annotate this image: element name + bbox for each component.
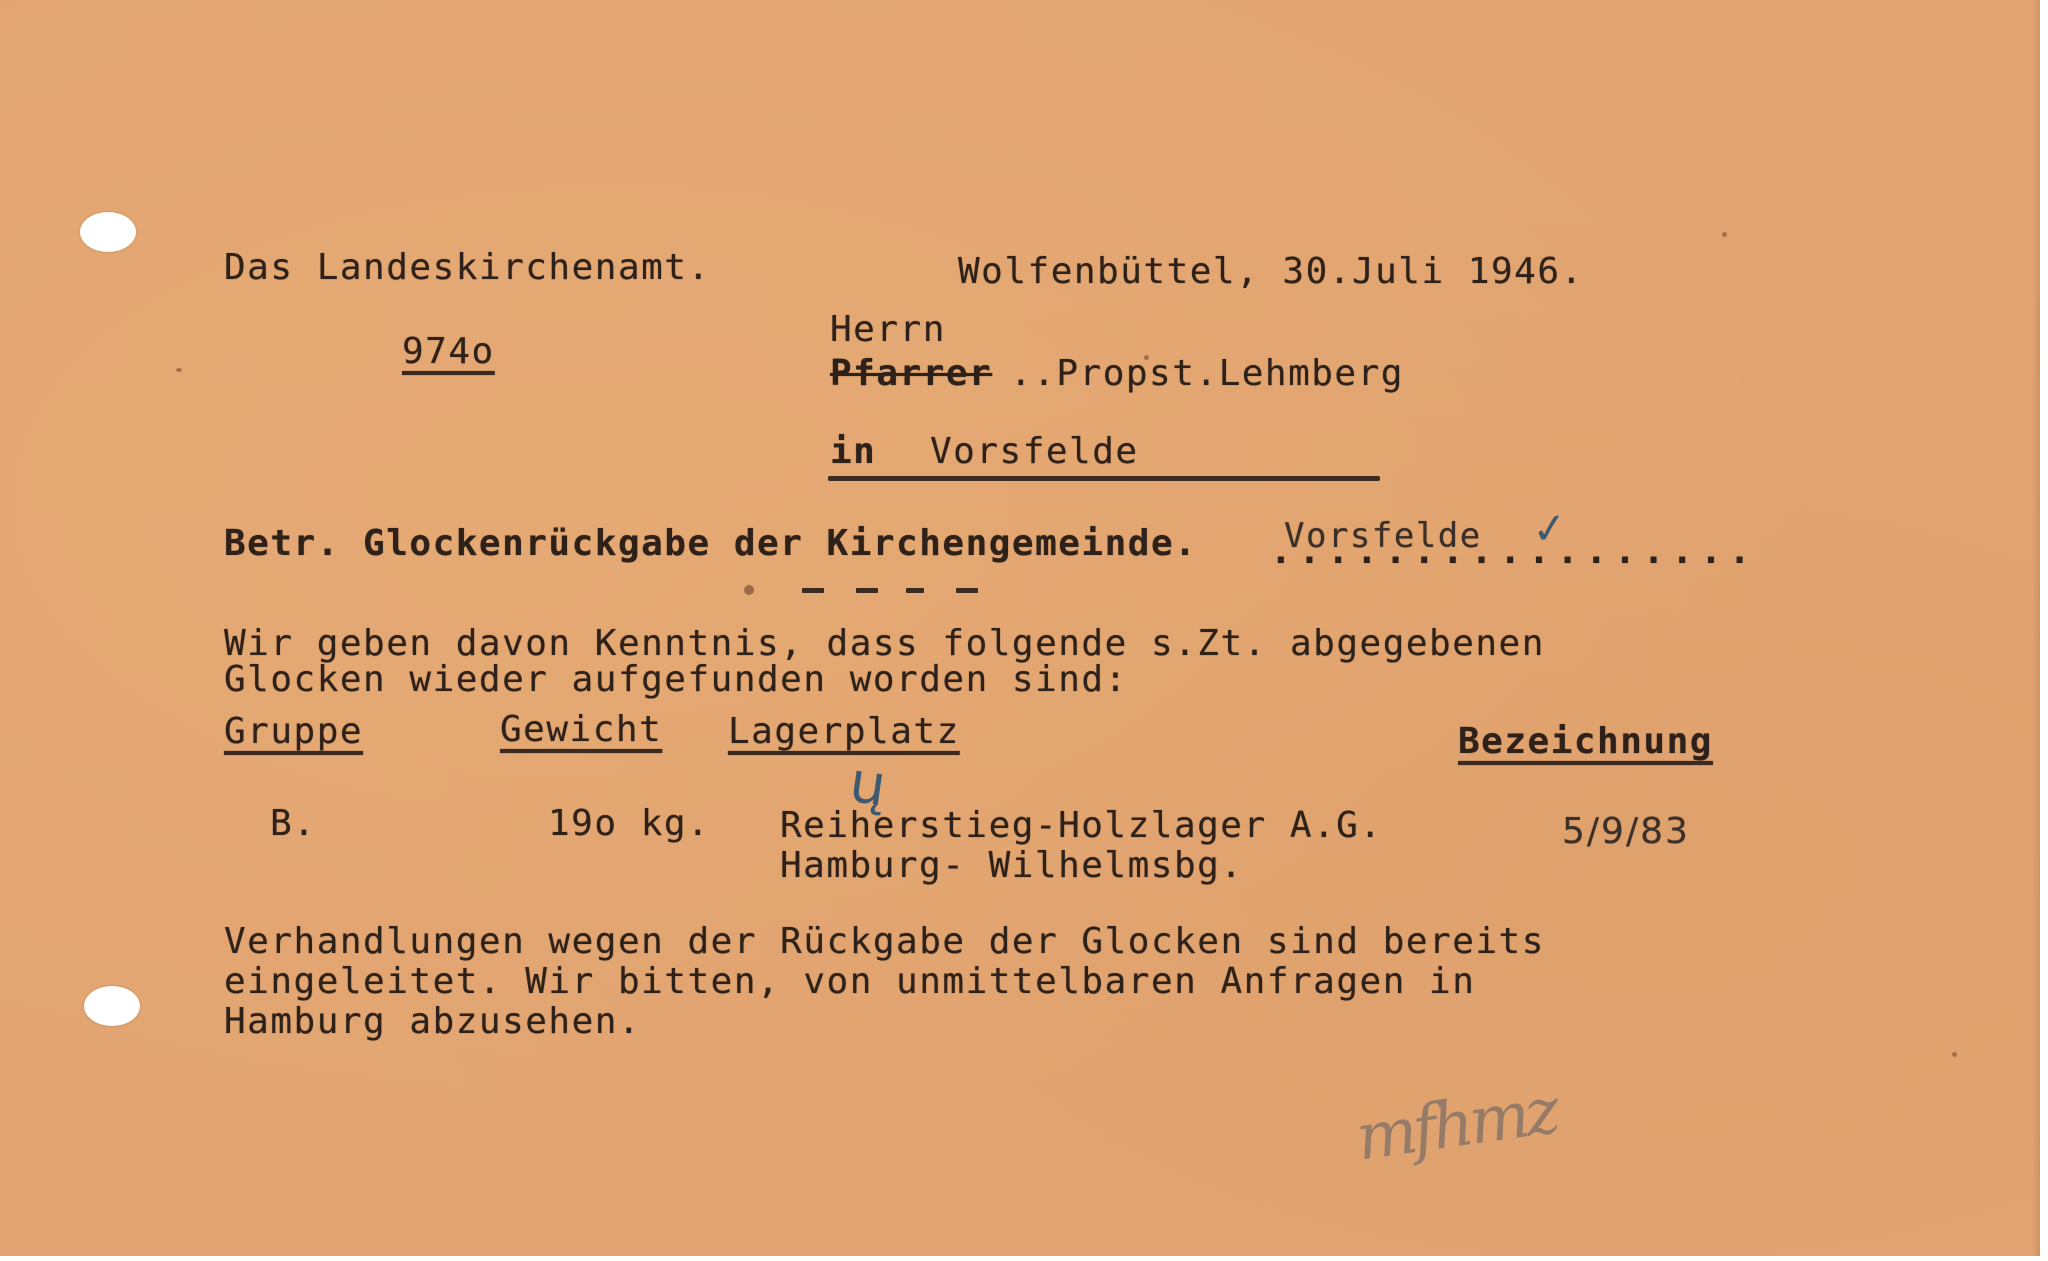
- table-header-bezeichnung: Bezeichnung: [1458, 724, 1713, 760]
- recipient-location: Vorsfelde: [930, 434, 1139, 470]
- place-and-date: Wolfenbüttel, 30.Juli 1946.: [958, 254, 1584, 290]
- closing-line-2: eingeleitet. Wir bitten, von unmittelbar…: [224, 964, 1475, 1000]
- punch-hole-bottom: [84, 986, 140, 1026]
- punch-hole-top: [80, 212, 136, 252]
- recipient-name: ..Propst.Lehmberg: [1010, 356, 1404, 392]
- table-header-gruppe: Gruppe: [224, 714, 363, 750]
- paper-speck: [744, 585, 754, 595]
- closing-line-3: Hamburg abzusehen.: [224, 1004, 641, 1040]
- recipient-underline: [828, 476, 1380, 481]
- table-header-gewicht: Gewicht: [500, 712, 662, 748]
- table-cell-bezeichnung: 5/9/83: [1562, 814, 1690, 850]
- pencil-signature: mfhmz: [1352, 1074, 1560, 1175]
- table-cell-lagerplatz-line-1: Reiherstieg-Holzlager A.G.: [780, 808, 1383, 844]
- blue-checkmark-icon: ✓: [1530, 502, 1570, 554]
- recipient-title-struck: Pfarrer: [830, 356, 992, 392]
- separator-dash: [956, 588, 978, 593]
- paper-speck: [176, 368, 182, 372]
- paper-edge-shadow: [2032, 0, 2040, 1256]
- separator-dash: [802, 588, 824, 593]
- closing-line-1: Verhandlungen wegen der Rückgabe der Glo…: [224, 924, 1545, 960]
- separator-dash: [856, 588, 878, 593]
- recipient-location-prefix: in: [830, 434, 876, 470]
- sender-name: Das Landeskirchenamt.: [224, 250, 711, 286]
- table-cell-lagerplatz-line-2: Hamburg- Wilhelmsbg.: [780, 848, 1243, 884]
- reference-number: 974o: [402, 334, 495, 370]
- document-paper: Das Landeskirchenamt. Wolfenbüttel, 30.J…: [0, 0, 2040, 1256]
- table-cell-gruppe: B.: [270, 806, 316, 842]
- paper-speck: [1722, 232, 1727, 237]
- subject-label: Betr. Glockenrückgabe der Kirchengemeind…: [224, 526, 1197, 562]
- separator-dash: [906, 588, 924, 593]
- recipient-salutation: Herrn: [830, 312, 946, 348]
- intro-line-2: Glocken wieder aufgefunden worden sind:: [224, 662, 1128, 698]
- subject-dotted-leader: .................: [1270, 534, 1757, 570]
- table-header-lagerplatz: Lagerplatz: [728, 714, 960, 750]
- intro-line-1: Wir geben davon Kenntnis, dass folgende …: [224, 626, 1545, 662]
- table-cell-gewicht: 19o kg.: [548, 806, 710, 842]
- paper-speck: [1952, 1052, 1957, 1057]
